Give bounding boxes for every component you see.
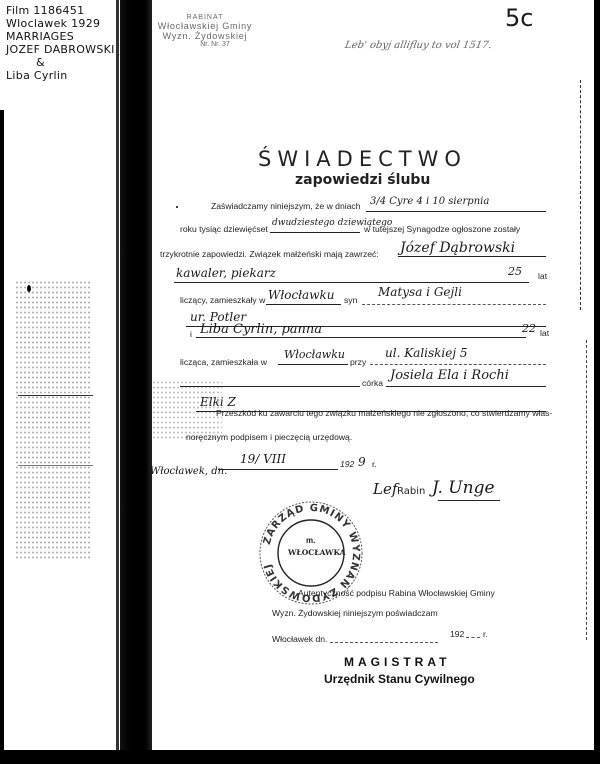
handwritten-dates: 3/4 Cyre 4 i 10 sierpnia xyxy=(370,196,489,207)
scan-right-border xyxy=(594,0,600,764)
scan-speck xyxy=(176,206,178,208)
body-line-8-prefix: licząca, zamieszkała w xyxy=(180,357,267,367)
authentication-line-2: Wyzn. Żydowskiej niniejszym poświadczam xyxy=(272,608,438,618)
date-line: Włocławek, dn. xyxy=(150,459,227,478)
signature-underline xyxy=(438,500,500,501)
fill-line xyxy=(330,642,438,643)
lat-label: lat xyxy=(538,271,547,281)
seal-inner-center: WŁOCŁAWKA xyxy=(288,548,345,557)
groom-age: 25 xyxy=(508,265,522,278)
scan-speck xyxy=(27,285,31,292)
bride-street: ul. Kaliskiej 5 xyxy=(385,346,468,360)
groom-residence: Włocławku xyxy=(268,288,335,302)
stamp-line: Włocławskiej Gminy xyxy=(150,21,260,31)
lat-label: lat xyxy=(540,328,549,338)
seal-inner-top: m. xyxy=(306,536,315,545)
scan-binding-strip xyxy=(120,0,152,764)
right-edge-mark xyxy=(580,80,582,310)
header-stamp: Rabinat Włocławskiej Gminy Wyzn. Żydowsk… xyxy=(150,14,260,48)
rabbi-prefix: Lef xyxy=(373,480,397,498)
fill-line xyxy=(266,304,341,305)
right-edge-mark xyxy=(586,340,588,640)
rabbi-label: Rabin xyxy=(397,486,425,497)
bride-age: 22 xyxy=(522,322,536,335)
document-subtitle: zapowiedzi ślubu xyxy=(295,172,430,188)
fill-line xyxy=(196,337,526,338)
authentication-line-1: Autentyczność podpisu Rabina Włocławskie… xyxy=(298,588,495,598)
margin-note: Film 1186451 Wloclawek 1929 marriages Jo… xyxy=(6,4,115,82)
authentication-year: 192 xyxy=(450,629,464,639)
handwritten-groom-status: kawaler, piekarz xyxy=(176,266,276,280)
scan-binding-edge xyxy=(116,0,119,764)
scan-noise-middle xyxy=(152,380,222,440)
authentication-year-suffix: r. xyxy=(483,629,488,639)
bleed-line xyxy=(18,465,93,466)
date-place: Włocławek, dn. xyxy=(150,466,227,477)
margin-note-line: Wloclawek 1929 xyxy=(6,17,115,30)
stamp-line: Wyzn. Żydowskiej xyxy=(150,31,260,41)
body-line-5-prefix: liczący, zamieszkały w xyxy=(180,295,265,305)
groom-parents: Matysa i Gejli xyxy=(378,285,462,299)
signature-seal-text: noręcznym podpisem i pieczęcią urzędową. xyxy=(186,432,352,442)
handwritten-groom-name: Józef Dąbrowski xyxy=(400,240,515,256)
year-suffix: r. xyxy=(372,459,377,469)
handwritten-year-digit: 9 xyxy=(358,455,366,469)
scan-bottom-border xyxy=(0,750,600,764)
no-impediments-text: Przeszkód ku zawarciu tego związku małże… xyxy=(216,408,552,418)
bride-mother-surname: Elki Z xyxy=(200,395,236,409)
body-line-1: Zaświadczamy niniejszym, że w dniach xyxy=(211,201,361,211)
margin-note-line: & xyxy=(6,56,115,69)
fill-line xyxy=(278,364,348,365)
authentication-place: Włocławek dn. xyxy=(272,634,327,644)
fill-line xyxy=(180,386,360,387)
fill-line xyxy=(398,256,546,257)
body-line-2-prefix: roku tysiąc dziewięćset xyxy=(180,224,268,234)
top-handwritten-note: Leb' obyj allifluy to vol 1517. xyxy=(344,40,493,51)
bleed-through-noise xyxy=(15,280,90,560)
rabbi-signature: J. Unge xyxy=(432,478,495,498)
handwritten-date: 19/ VIII xyxy=(240,452,286,466)
margin-note-line: marriages xyxy=(6,30,115,43)
body-line-3-prefix: trzykrotnie zapowiedzi. Związek małżeńsk… xyxy=(160,249,379,259)
fill-line xyxy=(174,282,529,283)
bride-parents: Josiela Ela i Rochi xyxy=(390,368,509,383)
body-line-2-suffix: w tutejszej Synagodze ogłoszone zostały xyxy=(364,224,520,234)
przy-label: przy xyxy=(350,357,366,367)
magistrat-title: MAGISTRAT xyxy=(344,655,450,669)
margin-note-line: Liba Cyrlin xyxy=(6,69,115,82)
document-title: ŚWIADECTWO xyxy=(258,147,467,171)
scan-left-border xyxy=(0,110,4,764)
and-label: i xyxy=(190,329,192,339)
bleed-line xyxy=(18,395,93,396)
fill-line xyxy=(270,232,360,233)
fill-line xyxy=(366,211,546,212)
margin-note-line: Jozef Dabrowski xyxy=(6,43,115,56)
margin-note-line: Film 1186451 xyxy=(6,4,115,17)
corka-label: córka xyxy=(362,378,383,388)
fill-line xyxy=(218,469,338,470)
bride-residence: Włocławku xyxy=(284,348,345,361)
page-number: 5c xyxy=(505,4,533,32)
fill-line xyxy=(466,637,480,638)
body-text: Zaświadczamy niniejszym, że w dniach xyxy=(211,201,361,211)
stamp-line: Nr. Nr. 37 xyxy=(150,41,260,48)
fill-line xyxy=(386,386,546,387)
civil-registrar-label: Urzędnik Stanu Cywilnego xyxy=(324,672,475,686)
fill-line xyxy=(362,304,546,305)
handwritten-bride-name: Liba Cyrlin, panna xyxy=(200,322,322,337)
fill-line xyxy=(370,364,546,365)
year-prefix: 192 xyxy=(340,459,354,469)
syn-label: syn xyxy=(344,295,357,305)
stamp-line: Rabinat xyxy=(150,14,260,21)
